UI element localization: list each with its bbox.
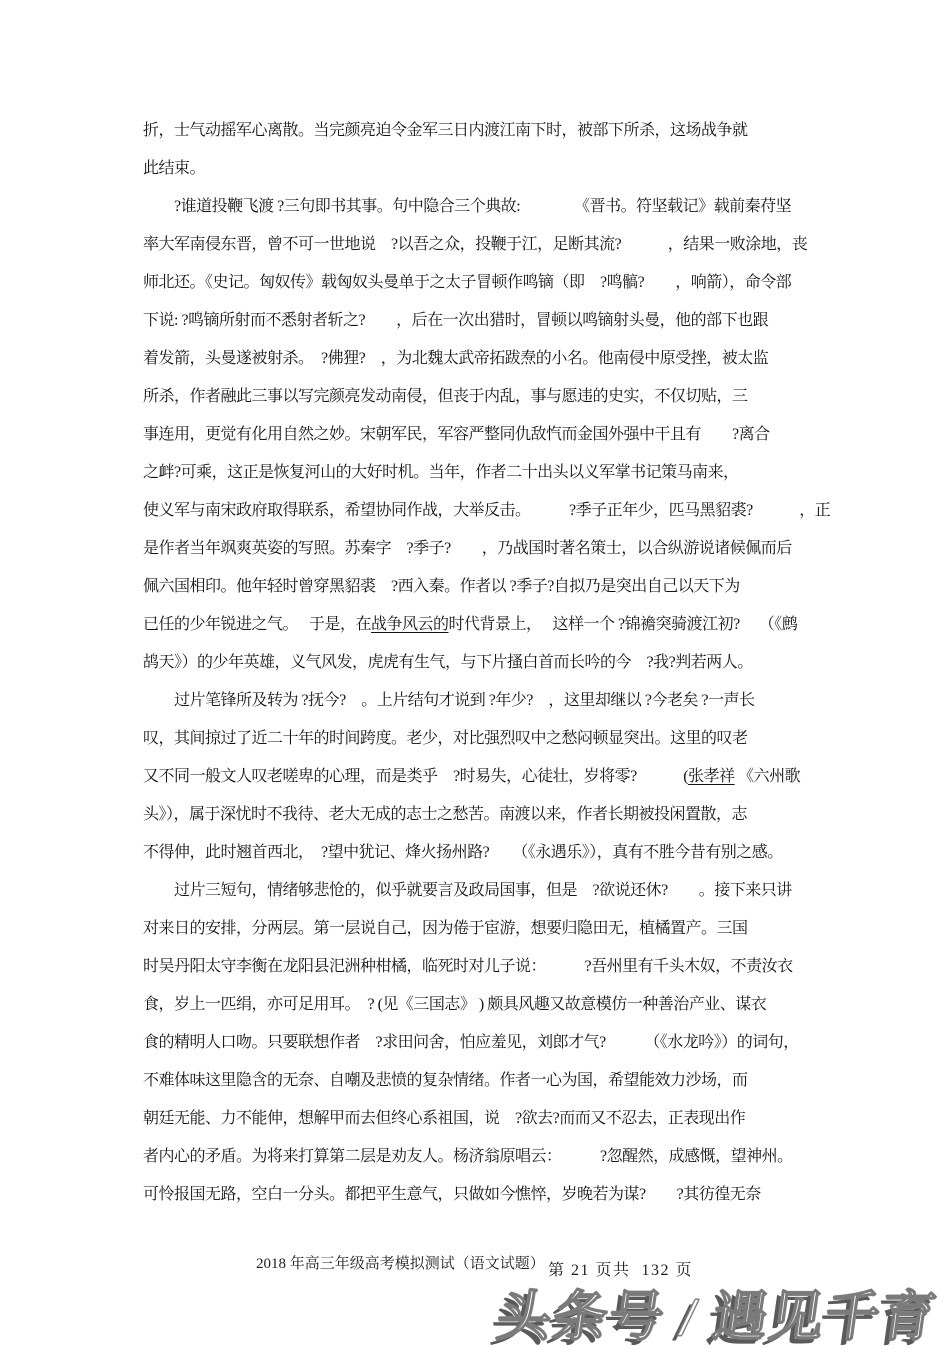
text-segment: 鸪天》）的少年英雄，义气风发，虎虎有生气，与下片搔白首而长吟的今 ?我?判若两人… (143, 654, 753, 671)
text-line: 不得伸，此时翘首西北， ?望中犹记、烽火扬州路? （《永遇乐》），真有不胜今昔有… (143, 834, 863, 872)
text-segment: 所杀，作者融此三事以写完颜亮发动南侵，但丧于内乱，事与愿违的史实，不仅切贴，三 (143, 388, 748, 405)
text-segment: 之衅?可乘，这正是恢复河山的大好时机。当年，作者二十出头以义军掌书记策马南来， (143, 464, 739, 481)
text-segment: 对来日的安排，分两层。第一层说自己，因为倦于宦游，想要归隐田无，植橘置产。三国 (143, 920, 748, 937)
document-lines: 折，士气动摇军心离散。当完颜亮迫令金军三日内渡江南下时，被部下所杀，这场战争就此… (143, 112, 863, 1214)
text-segment: 佩六国相印。他年轻时曾穿黑貂裘 ?西入秦。作者以 ?季子?自拟乃是突出自己以天下… (143, 578, 740, 595)
text-segment: 又不同一般文人叹老嗟卑的心理，而是类乎 ?时易失，心徒壮，岁将零? ( (143, 768, 688, 785)
text-line: 此结束。 (143, 150, 863, 188)
text-line: 过片三短句，情绪够悲怆的，似乎就要言及政局国事，但是 ?欲说还休? 。接下来只讲 (143, 872, 863, 910)
text-segment: 食的精明人口吻。只要联想作者 ?求田问舍，怕应羞见，刘郎才气? （《水龙吟》）的… (143, 1034, 799, 1051)
text-segment: 此结束。 (143, 160, 205, 177)
text-segment: 过片三短句，情绪够悲怆的，似乎就要言及政局国事，但是 ?欲说还休? 。接下来只讲 (143, 882, 792, 899)
text-line: 折，士气动摇军心离散。当完颜亮迫令金军三日内渡江南下时，被部下所杀，这场战争就 (143, 112, 863, 150)
text-segment: 时吴丹阳太守李衡在龙阳县汜洲种柑橘，临死时对儿子说： ?吾州里有千头木奴，不责汝… (143, 958, 793, 975)
text-line: 佩六国相印。他年轻时曾穿黑貂裘 ?西入秦。作者以 ?季子?自拟乃是突出自己以天下… (143, 568, 863, 606)
text-line: 时吴丹阳太守李衡在龙阳县汜洲种柑橘，临死时对儿子说： ?吾州里有千头木奴，不责汝… (143, 948, 863, 986)
text-line: 师北还。《史记。匈奴传》载匈奴头曼单于之太子冒顿作鸣镝（即 ?鸣髇? ，响箭），… (143, 264, 863, 302)
text-segment: 是作者当年飒爽英姿的写照。苏秦字 ?季子? ，乃战国时著名策士，以合纵游说诸候佩… (143, 540, 792, 557)
text-segment: 朝廷无能、力不能伸，想解甲而去但终心系祖国，说 ?欲去?而而又不忍去，正表现出作 (143, 1110, 745, 1127)
text-segment: 头》），属于深忧时不我待、老大无成的志士之愁苦。南渡以来，作者长期被投闲置散，志 (143, 806, 747, 823)
underlined-text: 战争风云的 (371, 616, 449, 633)
text-line: 食的精明人口吻。只要联想作者 ?求田问舍，怕应羞见，刘郎才气? （《水龙吟》）的… (143, 1024, 863, 1062)
text-line: 鸪天》）的少年英雄，义气风发，虎虎有生气，与下片搔白首而长吟的今 ?我?判若两人… (143, 644, 863, 682)
text-line: 已任的少年锐进之气。 于是，在战争风云的时代背景上， 这样一个 ?锦襜突骑渡江初… (143, 606, 863, 644)
text-line: 食，岁上一匹绢，亦可足用耳。 ? (见《三国志》 ) 颇具风趣又故意模仿一种善治… (143, 986, 863, 1024)
text-segment: 可怜报国无路，空白一分头。都把平生意气，只做如今憔悴，岁晚若为谋? ?其彷徨无奈 (143, 1186, 761, 1203)
text-line: 过片笔锋所及转为 ?抚今? 。上片结句才说到 ?年少? ，这里却继以 ?今老矣 … (143, 682, 863, 720)
text-line: 是作者当年飒爽英姿的写照。苏秦字 ?季子? ，乃战国时著名策士，以合纵游说诸候佩… (143, 530, 863, 568)
text-line: 不难体味这里隐含的无奈、自嘲及悲愤的复杂情绪。作者一心为国，希望能效力沙场，而 (143, 1062, 863, 1100)
footer-exam-title: 2018 年高三年级高考模拟测试（语文试题） (256, 1252, 545, 1273)
text-segment: 使义军与南宋政府取得联系，希望协同作战，大举反击。 ?季子正年少，匹马黑貂裘? … (143, 502, 830, 519)
text-segment: 食，岁上一匹绢，亦可足用耳。 ? (见《三国志》 ) 颇具风趣又故意模仿一种善治… (143, 996, 766, 1013)
text-line: 者内心的矛盾。为将来打算第二层是劝友人。杨济翁原唱云： ?忽醒然，成感慨，望神州… (143, 1138, 863, 1176)
text-line: 所杀，作者融此三事以写完颜亮发动南侵，但丧于内乱，事与愿违的史实，不仅切贴，三 (143, 378, 863, 416)
text-segment: 时代背景上， 这样一个 ?锦襜突骑渡江初? （《鹧 (449, 616, 798, 633)
text-line: 朝廷无能、力不能伸，想解甲而去但终心系祖国，说 ?欲去?而而又不忍去，正表现出作 (143, 1100, 863, 1138)
text-segment: 折，士气动摇军心离散。当完颜亮迫令金军三日内渡江南下时，被部下所杀，这场战争就 (143, 122, 748, 139)
text-segment: 着发箭，头曼遂被射杀。 ?佛狸? ，为北魏太武帝拓跋焘的小名。他南侵中原受挫，被… (143, 350, 768, 367)
text-line: 下说: ?鸣镝所射而不悉射者斩之? ，后在一次出猎时，冒顿以鸣镝射头曼，他的部下… (143, 302, 863, 340)
text-segment: 《六州歌 (735, 768, 801, 785)
text-segment: 下说: ?鸣镝所射而不悉射者斩之? ，后在一次出猎时，冒顿以鸣镝射头曼，他的部下… (143, 312, 768, 329)
text-segment: 师北还。《史记。匈奴传》载匈奴头曼单于之太子冒顿作鸣镝（即 ?鸣髇? ，响箭），… (143, 274, 791, 291)
text-segment: 过片笔锋所及转为 ?抚今? 。上片结句才说到 ?年少? ，这里却继以 ?今老矣 … (143, 692, 755, 709)
text-segment: 者内心的矛盾。为将来打算第二层是劝友人。杨济翁原唱云： ?忽醒然，成感慨，望神州… (143, 1148, 793, 1165)
text-line: 又不同一般文人叹老嗟卑的心理，而是类乎 ?时易失，心徒壮，岁将零? (张孝祥 《… (143, 758, 863, 796)
text-line: 叹，其间掠过了近二十年的时间跨度。老少，对比强烈叹中之愁闷顿显突出。这里的叹老 (143, 720, 863, 758)
text-line: 可怜报国无路，空白一分头。都把平生意气，只做如今憔悴，岁晚若为谋? ?其彷徨无奈 (143, 1176, 863, 1214)
text-line: 头》），属于深忧时不我待、老大无成的志士之愁苦。南渡以来，作者长期被投闲置散，志 (143, 796, 863, 834)
text-line: 事连用，更觉有化用自然之妙。宋朝军民，军容严整同仇敌忾而金国外强中干且有 ?离合 (143, 416, 863, 454)
text-line: 着发箭，头曼遂被射杀。 ?佛狸? ，为北魏太武帝拓跋焘的小名。他南侵中原受挫，被… (143, 340, 863, 378)
text-line: 使义军与南宋政府取得联系，希望协同作战，大举反击。 ?季子正年少，匹马黑貂裘? … (143, 492, 863, 530)
text-segment: 不难体味这里隐含的无奈、自嘲及悲愤的复杂情绪。作者一心为国，希望能效力沙场，而 (143, 1072, 748, 1089)
text-segment: 不得伸，此时翘首西北， ?望中犹记、烽火扬州路? （《永遇乐》），真有不胜今昔有… (143, 844, 783, 861)
text-segment: 叹，其间掠过了近二十年的时间跨度。老少，对比强烈叹中之愁闷顿显突出。这里的叹老 (143, 730, 748, 747)
toutiao-watermark: 头条号 / 遇见千育 (493, 1274, 944, 1349)
text-line: 率大军南侵东晋，曾不可一世地说 ?以吾之众，投鞭于江，足断其流? ，结果一败涂地… (143, 226, 863, 264)
text-segment: ?谁道投鞭飞渡 ?三句即书其事。句中隐合三个典故: 《晋书。符坚载记》载前秦苻坚 (143, 198, 791, 215)
text-line: ?谁道投鞭飞渡 ?三句即书其事。句中隐合三个典故: 《晋书。符坚载记》载前秦苻坚 (143, 188, 863, 226)
text-line: 之衅?可乘，这正是恢复河山的大好时机。当年，作者二十出头以义军掌书记策马南来， (143, 454, 863, 492)
text-segment: 率大军南侵东晋，曾不可一世地说 ?以吾之众，投鞭于江，足断其流? ，结果一败涂地… (143, 236, 807, 253)
underlined-text: 张孝祥 (688, 768, 735, 785)
text-segment: 事连用，更觉有化用自然之妙。宋朝军民，军容严整同仇敌忾而金国外强中干且有 ?离合 (143, 426, 770, 443)
text-segment: 已任的少年锐进之气。 于是，在 (143, 616, 371, 633)
text-line: 对来日的安排，分两层。第一层说自己，因为倦于宦游，想要归隐田无，植橘置产。三国 (143, 910, 863, 948)
